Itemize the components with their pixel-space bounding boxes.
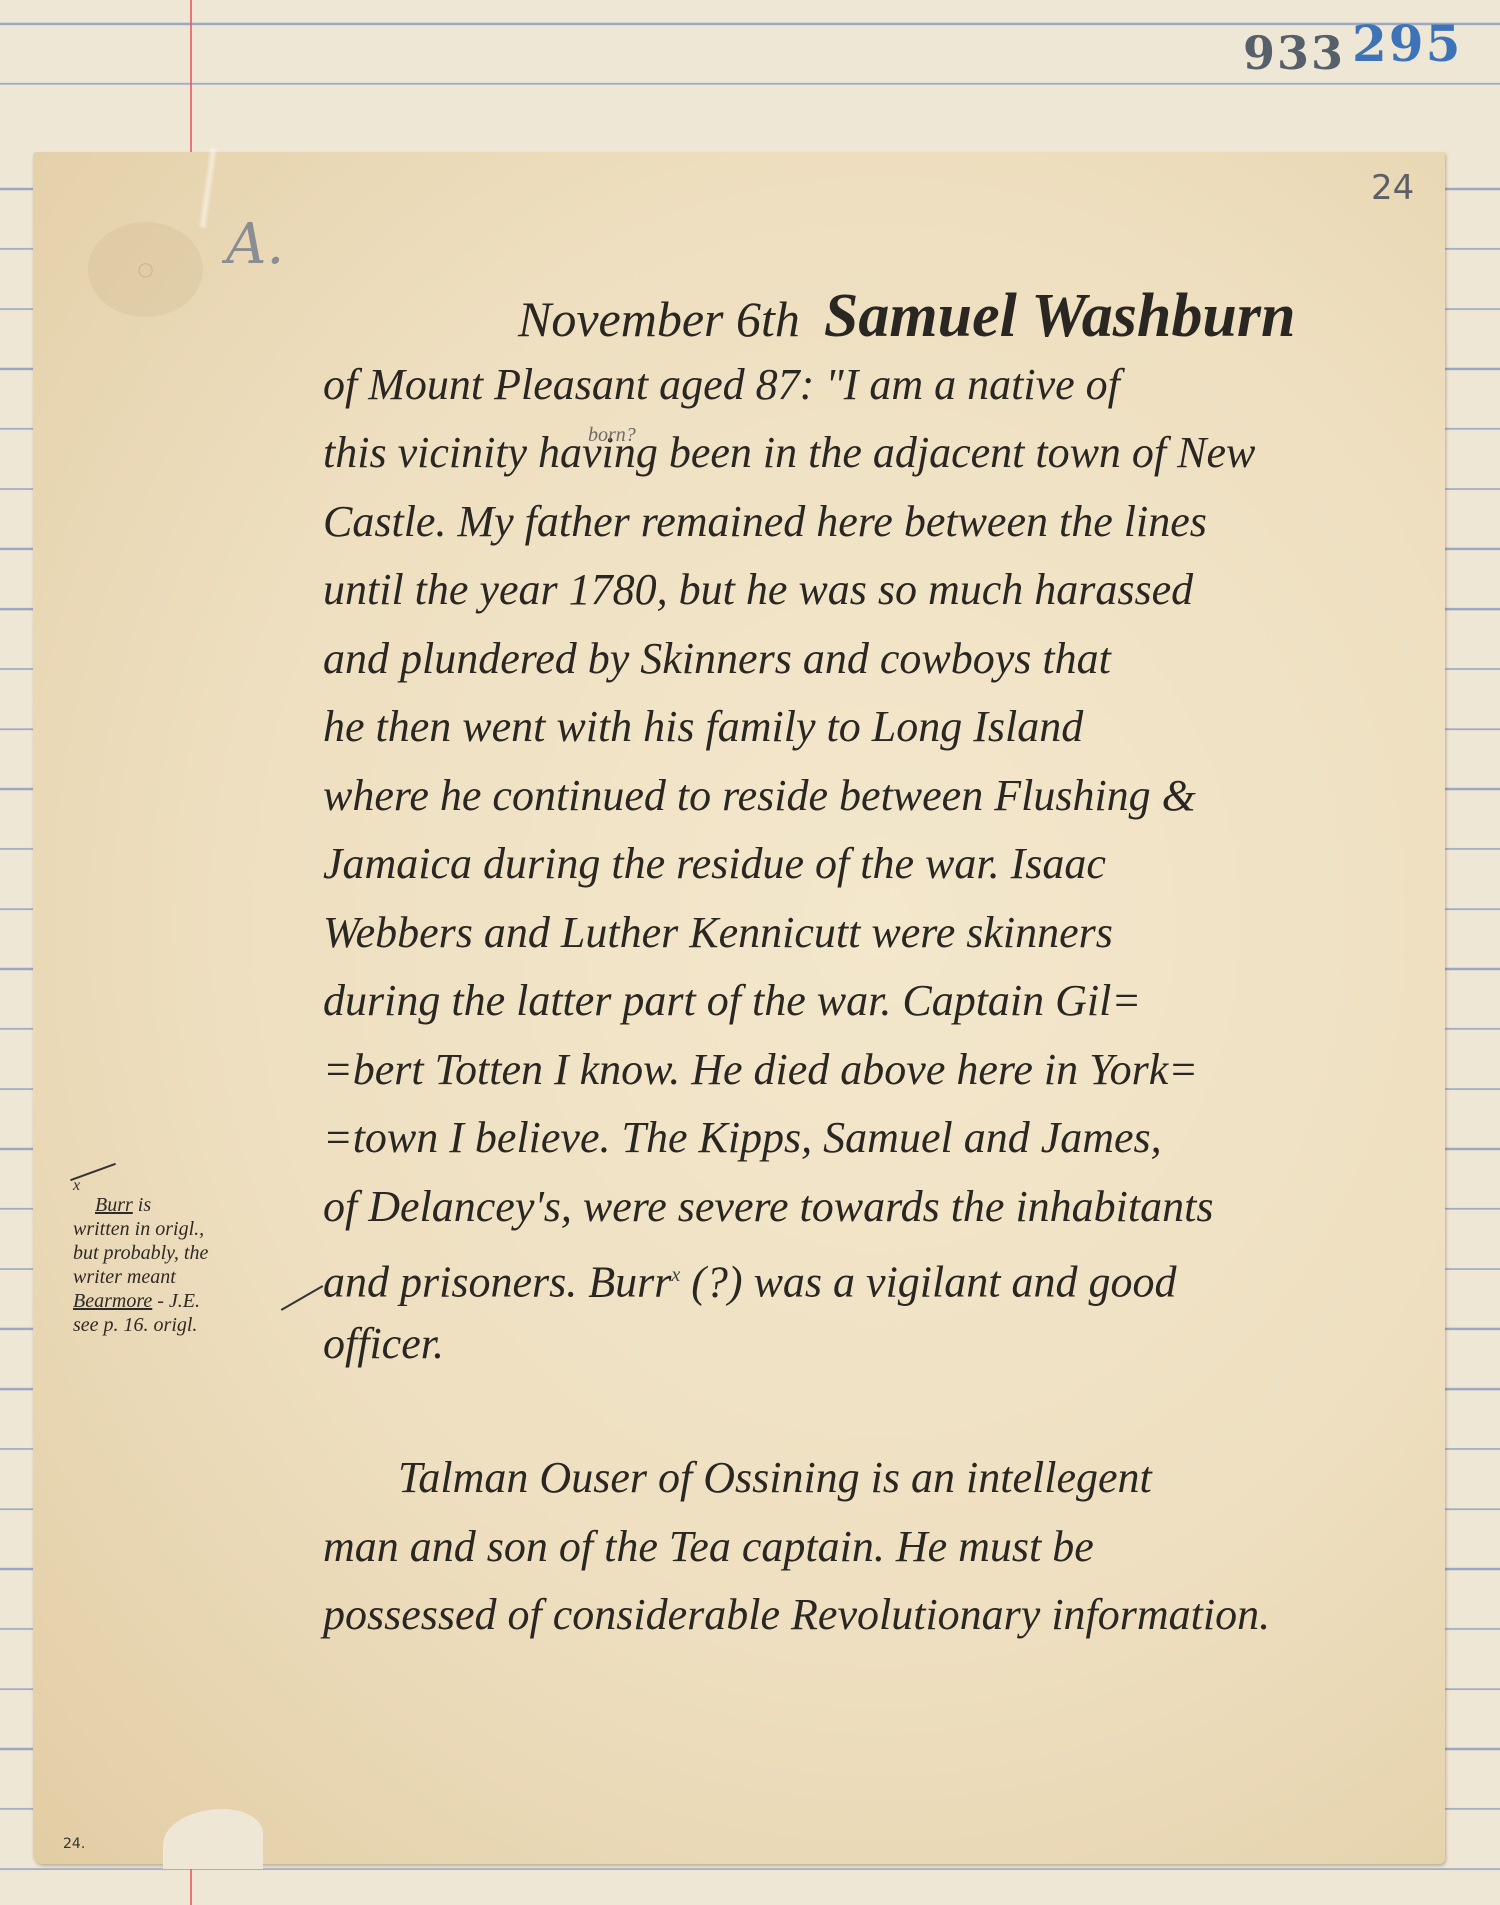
text-line: possessed of considerable Revolutionary …	[323, 1581, 1463, 1650]
text-line: this vicinity having been born? in the a…	[323, 419, 1463, 488]
text-line: Castle. My father remained here between …	[323, 488, 1463, 557]
page-number-top: 24	[1371, 168, 1414, 208]
text-line: officer.	[323, 1310, 1463, 1379]
text-line: =bert Totten I know. He died above here …	[323, 1036, 1463, 1105]
heading-line: November 6thSamuel Washburn	[323, 282, 1463, 351]
note-mark: x	[73, 1179, 313, 1193]
embossed-seal-icon: ◯	[88, 222, 203, 317]
text-line: =town I believe. The Kipps, Samuel and J…	[323, 1104, 1463, 1173]
text-line: until the year 1780, but he was so much …	[323, 556, 1463, 625]
text-line: Jamaica during the residue of the war. I…	[323, 830, 1463, 899]
entry-date: November 6th	[518, 291, 800, 347]
section-letter: A.	[226, 212, 284, 277]
text-line: of Delancey's, were severe towards the i…	[323, 1173, 1463, 1242]
text-line: Webbers and Luther Kennicutt were skinne…	[323, 899, 1463, 968]
torn-corner	[163, 1809, 263, 1869]
text-line: of Mount Pleasant aged 87: "I am a nativ…	[323, 351, 1463, 420]
text-line: Talman Ouser of Ossining is an intellege…	[323, 1444, 1463, 1513]
text-line: man and son of the Tea captain. He must …	[323, 1513, 1463, 1582]
text-line: he then went with his family to Long Isl…	[323, 693, 1463, 762]
manuscript-body: November 6thSamuel Washburn of Mount Ple…	[323, 282, 1463, 1650]
text-line: where he continued to reside between Flu…	[323, 762, 1463, 831]
interlinear-insert: born?	[588, 401, 636, 470]
footnote-mark: x	[671, 1264, 680, 1286]
archive-number-blue: 295	[1352, 14, 1462, 73]
manuscript-sheet: ◯ 24 A. November 6thSamuel Washburn of M…	[33, 152, 1445, 1864]
text-line: and prisoners. Burrx (?) was a vigilant …	[323, 1241, 1463, 1310]
margin-annotation: x Burr is written in origl., but probabl…	[73, 1179, 313, 1337]
page-number-bottom: 24.	[63, 1836, 85, 1852]
archive-number-gray: 933	[1243, 26, 1345, 80]
text-line: during the latter part of the war. Capta…	[323, 967, 1463, 1036]
interviewee-name: Samuel Washburn	[824, 282, 1296, 350]
text-line: and plundered by Skinners and cowboys th…	[323, 625, 1463, 694]
